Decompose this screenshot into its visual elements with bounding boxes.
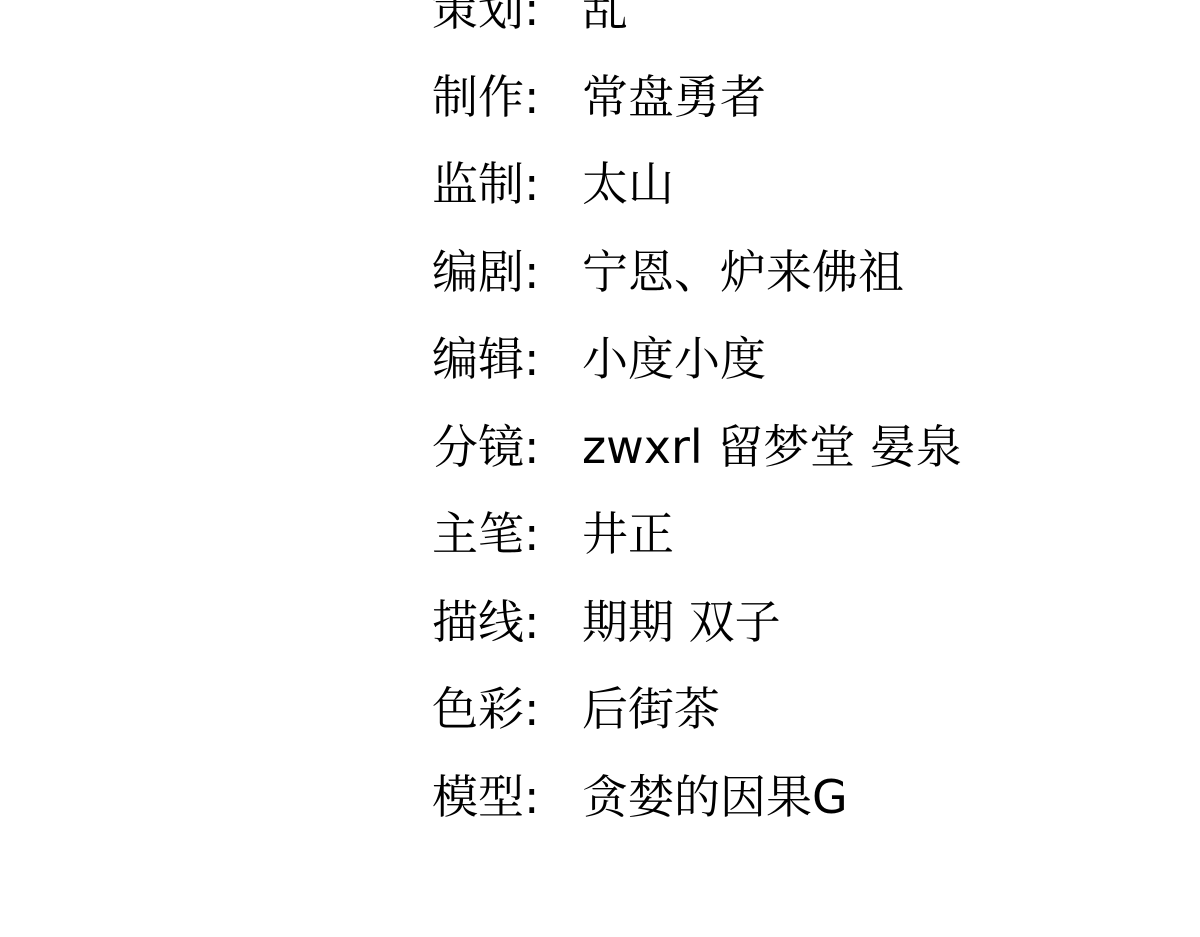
credit-label: 色彩:	[432, 666, 540, 754]
credit-value: 太山	[582, 141, 674, 229]
credit-value: 乱	[582, 0, 628, 54]
credit-value: 期期 双子	[582, 579, 781, 667]
credit-label: 主笔:	[432, 491, 540, 579]
credit-label: 描线:	[432, 579, 540, 667]
credit-label: 模型:	[432, 754, 540, 842]
credit-value: 贪婪的因果G	[582, 754, 848, 842]
credit-value: zwxrl 留梦堂 晏泉	[582, 404, 962, 492]
credit-value: 小度小度	[582, 316, 766, 404]
credit-value: 常盘勇者	[582, 54, 766, 142]
credit-label: 分镜:	[432, 404, 540, 492]
credit-label: 监制:	[432, 141, 540, 229]
credit-label: 制作:	[432, 54, 540, 142]
credit-value: 后街茶	[582, 666, 720, 754]
credit-value: 井正	[582, 491, 674, 579]
credit-label: 编辑:	[432, 316, 540, 404]
credit-label: 策划:	[432, 0, 540, 54]
credit-value: 宁恩、炉来佛祖	[582, 229, 904, 317]
credit-label: 编剧:	[432, 229, 540, 317]
